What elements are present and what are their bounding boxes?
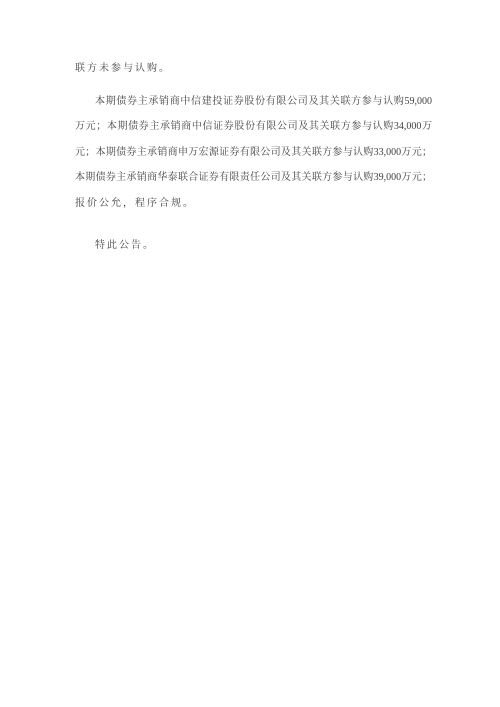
text-line-underwriters-3: 元；本期债券主承销商申万宏源证券有限公司及其关联方参与认购33,000万元；	[75, 140, 432, 166]
text-line-underwriters-1: 本期债券主承销商中信建投证券股份有限公司及其关联方参与认购59,000	[75, 89, 432, 115]
document-page: 联方未参与认购。 本期债券主承销商中信建投证券股份有限公司及其关联方参与认购59…	[0, 0, 500, 707]
text-line-underwriters-2: 万元；本期债券主承销商中信证券股份有限公司及其关联方参与认购34,000万	[75, 114, 432, 140]
text-line-notice: 特此公告。	[75, 233, 432, 259]
text-line-paragraph-close: 报价公允，程序合规。	[75, 191, 432, 217]
announcement-body: 联方未参与认购。 本期债券主承销商中信建投证券股份有限公司及其关联方参与认购59…	[75, 56, 432, 259]
text-line-underwriters-4: 本期债券主承销商华泰联合证券有限责任公司及其关联方参与认购39,000万元；	[75, 165, 432, 191]
text-line-paragraph-end: 联方未参与认购。	[75, 56, 432, 82]
